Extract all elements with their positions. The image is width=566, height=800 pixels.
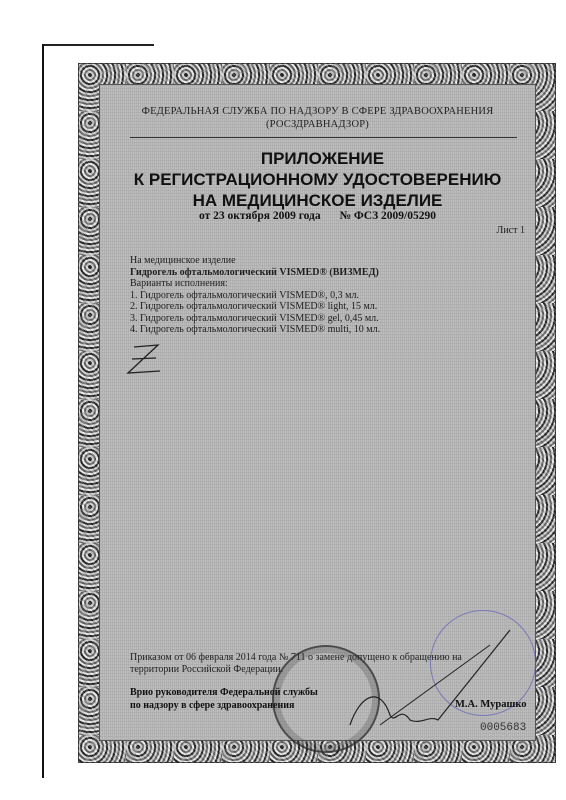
certificate-number: № ФСЗ 2009/05290 — [340, 210, 437, 222]
signer-title: Врио руководителя Федеральной службы по … — [130, 686, 318, 712]
agency-header: ФЕДЕРАЛЬНАЯ СЛУЖБА ПО НАДЗОРУ В СФЕРЕ ЗД… — [100, 105, 535, 131]
scan-edge-left — [42, 44, 44, 778]
signer-name: М.А. Мурашко — [455, 699, 527, 710]
title-line-1: ПРИЛОЖЕНИЕ — [100, 148, 535, 169]
z-closing-mark — [122, 343, 162, 375]
intro-text: На медицинское изделие — [130, 255, 380, 267]
title-line-3: НА МЕДИЦИНСКОЕ ИЗДЕЛИЕ — [100, 190, 535, 211]
agency-name: ФЕДЕРАЛЬНАЯ СЛУЖБА ПО НАДЗОРУ В СФЕРЕ ЗД… — [100, 105, 535, 118]
certificate-reference: от 23 октября 2009 года № ФСЗ 2009/05290 — [100, 210, 535, 222]
variant-item: 1. Гидрогель офтальмологический VISMED®,… — [130, 290, 380, 302]
variant-item: 4. Гидрогель офтальмологический VISMED® … — [130, 324, 380, 336]
signer-line-1: Врио руководителя Федеральной службы — [130, 686, 318, 699]
certificate-body: ФЕДЕРАЛЬНАЯ СЛУЖБА ПО НАДЗОРУ В СФЕРЕ ЗД… — [100, 85, 535, 740]
agency-abbrev: (РОСЗДРАВНАДЗОР) — [100, 118, 535, 131]
header-divider — [130, 137, 517, 138]
signer-line-2: по надзору в сфере здравоохранения — [130, 699, 318, 712]
signature-mark — [320, 625, 520, 735]
product-section: На медицинское изделие Гидрогель офтальм… — [130, 255, 380, 336]
sheet-number: Лист 1 — [497, 225, 525, 236]
order-note: Приказом от 06 февраля 2014 года № 711 о… — [130, 652, 510, 676]
product-name: Гидрогель офтальмологический VISMED® (ВИ… — [130, 267, 380, 279]
certificate-date: от 23 октября 2009 года — [199, 210, 321, 222]
order-line-2: территории Российской Федерации. — [130, 664, 510, 676]
variant-item: 2. Гидрогель офтальмологический VISMED® … — [130, 301, 380, 313]
title-line-2: К РЕГИСТРАЦИОННОМУ УДОСТОВЕРЕНИЮ — [100, 169, 535, 190]
document-title: ПРИЛОЖЕНИЕ К РЕГИСТРАЦИОННОМУ УДОСТОВЕРЕ… — [100, 148, 535, 211]
order-line-1: Приказом от 06 февраля 2014 года № 711 о… — [130, 652, 510, 664]
variants-label: Варианты исполнения: — [130, 278, 380, 290]
serial-number: 0005683 — [480, 722, 526, 734]
variant-item: 3. Гидрогель офтальмологический VISMED® … — [130, 313, 380, 325]
scan-edge-top — [42, 44, 154, 46]
